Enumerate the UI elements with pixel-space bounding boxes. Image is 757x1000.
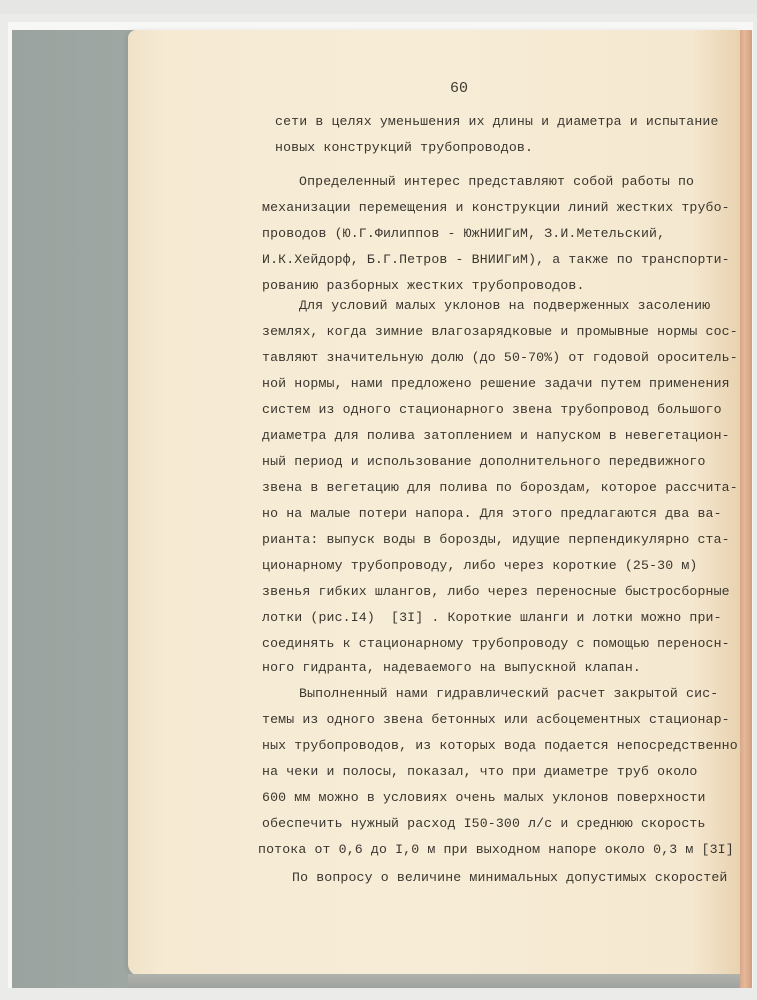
text-line: новых конструкций трубопроводов. xyxy=(275,140,533,156)
text-line: сети в целях уменьшения их длины и диаме… xyxy=(275,114,719,130)
text-line: механизации перемещения и конструкции ли… xyxy=(262,200,730,216)
text-line: звенья гибких шлангов, либо через перено… xyxy=(262,584,730,600)
text-line: тавляют значительную долю (до 50-70%) от… xyxy=(262,350,738,366)
text-line: Для условий малых уклонов на подверженны… xyxy=(299,298,710,314)
scanned-document: 60 сети в целях уменьшения их длины и ди… xyxy=(0,0,757,1000)
text-line: рованию разборных жестких трубопроводов. xyxy=(262,278,585,294)
text-line: диаметра для полива затоплением и напуск… xyxy=(262,428,730,444)
text-line: Определенный интерес представляют собой … xyxy=(299,174,694,190)
text-line: ционарному трубопроводу, либо через коро… xyxy=(262,558,697,574)
text-line: но на малые потери напора. Для этого пре… xyxy=(262,506,722,522)
text-line: обеспечить нужный расход I50-300 л/с и с… xyxy=(262,816,706,832)
text-line: землях, когда зимние влагозарядковые и п… xyxy=(262,324,738,340)
scan-top-strip xyxy=(0,0,757,14)
text-line: лотки (рис.I4) [3I] . Короткие шланги и … xyxy=(262,610,722,626)
text-line: ной нормы, нами предложено решение задач… xyxy=(262,376,730,392)
text-line: По вопросу о величине минимальных допуст… xyxy=(292,870,727,886)
text-line: звена в вегетацию для полива по бороздам… xyxy=(262,480,738,496)
text-line: проводов (Ю.Г.Филиппов - ЮжНИИГиМ, З.И.М… xyxy=(262,226,665,242)
text-line: рианта: выпуск воды в борозды, идущие пе… xyxy=(262,532,730,548)
text-line: ный период и использование дополнительно… xyxy=(262,454,706,470)
page-bottom-shadow xyxy=(128,974,740,988)
text-line: ных трубопроводов, из которых вода подае… xyxy=(262,738,738,754)
text-line: 600 мм можно в условиях очень малых укло… xyxy=(262,790,706,806)
text-line: ного гидранта, надеваемого на выпускной … xyxy=(262,660,641,676)
page-number: 60 xyxy=(450,80,468,97)
text-line: соединять к стационарному трубопроводу с… xyxy=(262,636,730,652)
text-line: систем из одного стационарного звена тру… xyxy=(262,402,722,418)
text-line: потока от 0,6 до I,0 м при выходном напо… xyxy=(258,842,734,858)
text-line: на чеки и полосы, показал, что при диаме… xyxy=(262,764,697,780)
document-page xyxy=(128,30,740,976)
text-line: темы из одного звена бетонных или асбоце… xyxy=(262,712,730,728)
text-line: Выполненный нами гидравлический расчет з… xyxy=(299,686,718,702)
page-right-edge xyxy=(740,30,752,988)
text-line: И.К.Хейдорф, Б.Г.Петров - ВНИИГиМ), а та… xyxy=(262,252,730,268)
